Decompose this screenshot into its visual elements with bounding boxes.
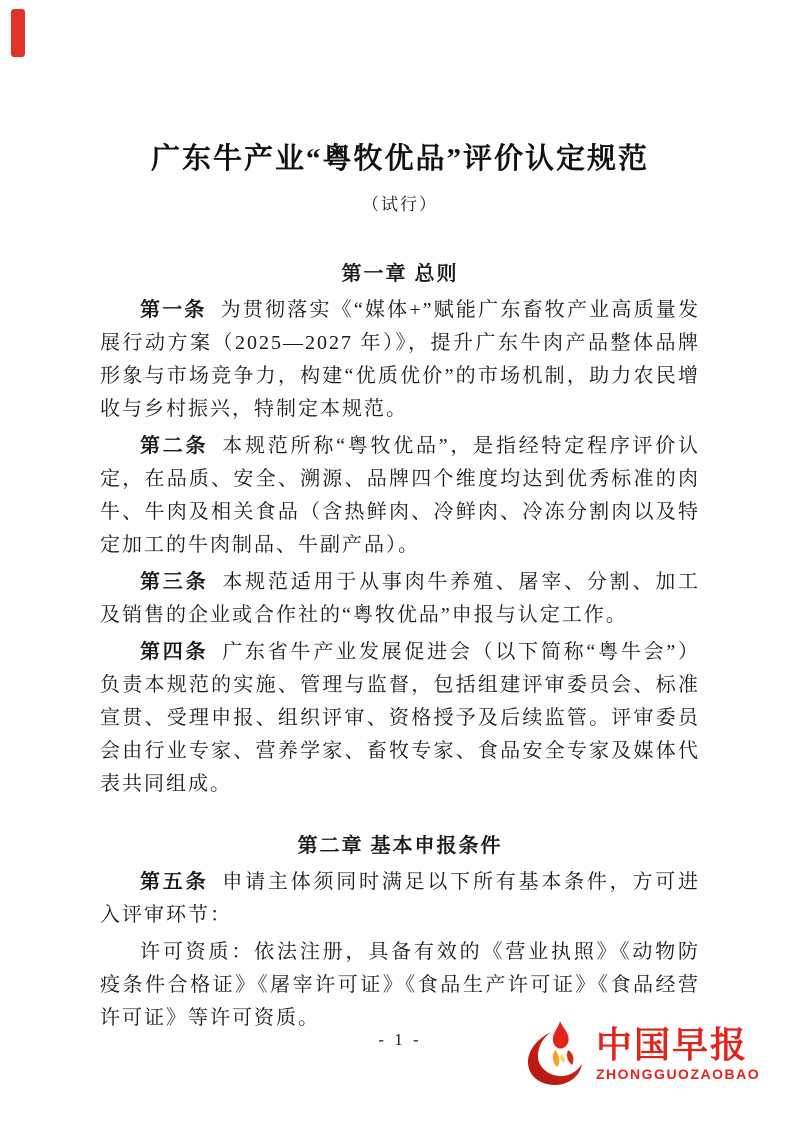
chapter-1-heading: 第一章 总则	[100, 257, 700, 286]
article-5-paragraph: 第五条申请主体须同时满足以下所有基本条件，方可进入评审环节：	[100, 866, 700, 932]
article-4-label: 第四条	[140, 641, 208, 663]
article-2-paragraph: 第二条本规范所称“粤牧优品”，是指经特定程序评价认定，在品质、安全、溯源、品牌四…	[100, 430, 700, 562]
article-4-text: 广东省牛产业发展促进会（以下简称“粤牛会”）负责本规范的实施、管理与监督，包括组…	[100, 641, 700, 795]
article-3-label: 第三条	[140, 571, 208, 593]
article-2-label: 第二条	[140, 435, 208, 457]
article-3-paragraph: 第三条本规范适用于从事肉牛养殖、屠宰、分割、加工及销售的企业或合作社的“粤牧优品…	[100, 566, 700, 632]
document-title: 广东牛产业“粤牧优品”评价认定规范	[100, 136, 700, 177]
chapter-2-heading: 第二章 基本申报条件	[100, 829, 700, 858]
article-5-label: 第五条	[140, 871, 208, 893]
logo-text-block: 中国早报 ZHONGGUOZAOBAO	[596, 1026, 760, 1082]
article-4-paragraph: 第四条广东省牛产业发展促进会（以下简称“粤牛会”）负责本规范的实施、管理与监督，…	[100, 636, 700, 801]
red-corner-marker	[11, 9, 25, 57]
logo-english-name: ZHONGGUOZAOBAO	[596, 1066, 760, 1082]
article-1-label: 第一条	[140, 299, 207, 321]
document-subtitle: （试行）	[100, 190, 700, 215]
zhongguozaobao-logo: 中国早报 ZHONGGUOZAOBAO	[524, 1020, 760, 1088]
logo-chinese-name: 中国早报	[596, 1026, 760, 1064]
document-page: 广东牛产业“粤牧优品”评价认定规范 （试行） 第一章 总则 第一条为贯彻落实《“…	[0, 0, 800, 1123]
document-content: 广东牛产业“粤牧优品”评价认定规范 （试行） 第一章 总则 第一条为贯彻落实《“…	[100, 0, 700, 1039]
article-1-paragraph: 第一条为贯彻落实《“媒体+”赋能广东畜牧产业高质量发展行动方案（2025—202…	[100, 294, 700, 426]
flame-swoosh-logo-icon	[524, 1020, 586, 1088]
